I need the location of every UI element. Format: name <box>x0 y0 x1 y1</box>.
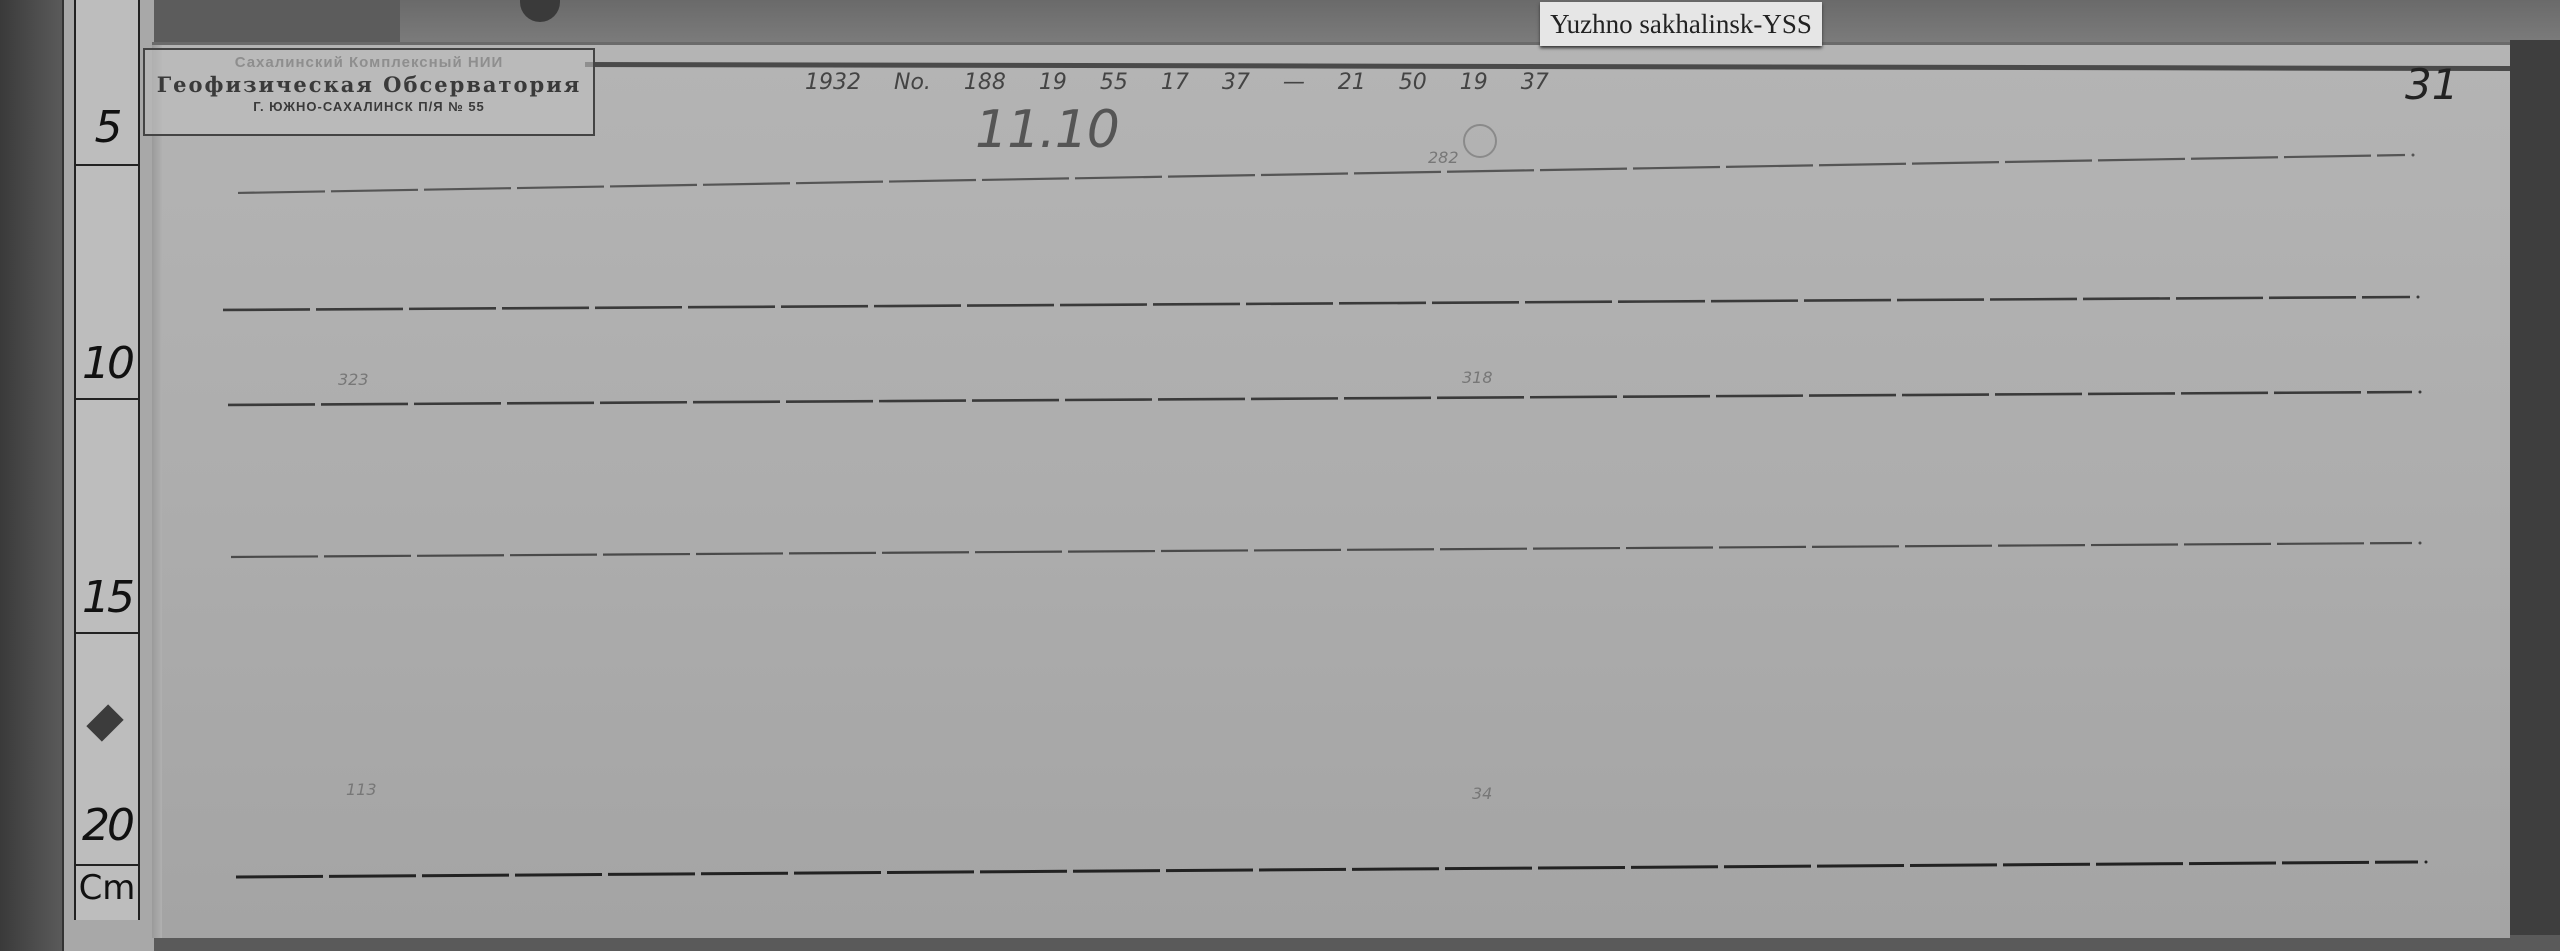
trace-4-segment <box>324 556 411 557</box>
trace-4-segment <box>1998 545 2085 546</box>
trace-1-segment <box>796 182 883 184</box>
trace-5-segment <box>1724 866 1811 867</box>
trace-3-segment <box>600 402 687 403</box>
trace-3-segment <box>2088 393 2175 394</box>
trace-3-segment <box>321 404 408 405</box>
trace-4-segment <box>1812 546 1899 547</box>
trace-5-segment <box>887 872 974 873</box>
trace-4-segment <box>1254 550 1341 551</box>
trace-4-segment <box>1161 550 1248 551</box>
trace-3-segment <box>972 400 1059 401</box>
trace-5-segment <box>1073 871 1160 872</box>
trace-5-segment <box>608 874 695 875</box>
trace-5-segment <box>515 874 602 875</box>
trace-5-segment <box>1445 868 1532 869</box>
trace-5-segment <box>2096 864 2183 865</box>
trace-3-segment <box>879 401 966 402</box>
trace-2-segment <box>409 308 496 309</box>
trace-3-segment <box>1158 399 1245 400</box>
trace-4-segment <box>1533 548 1620 549</box>
trace-5-segment <box>329 876 416 877</box>
trace-4-segment <box>1626 547 1713 548</box>
trace-4-segment <box>882 552 969 553</box>
trace-3-segment <box>1437 397 1524 398</box>
trace-5-segment <box>2003 864 2090 865</box>
trace-2-segment <box>781 306 868 307</box>
trace-2-segment <box>874 306 961 307</box>
trace-4-segment <box>1719 547 1806 548</box>
trace-3-segment <box>228 404 315 405</box>
trace-1-segment <box>1726 165 1813 167</box>
trace-2-segment <box>1153 304 1240 305</box>
trace-1-segment <box>2098 159 2185 161</box>
trace-4-segment <box>603 554 690 555</box>
trace-1-segment <box>1354 172 1441 174</box>
trace-3-segment <box>507 403 594 404</box>
trace-1-segment <box>889 180 976 182</box>
trace-1-segment <box>1261 174 1348 176</box>
trace-2-segment <box>1990 299 2077 300</box>
trace-1-segment <box>1075 177 1162 179</box>
trace-5-segment <box>980 871 1067 872</box>
trace-5-segment <box>1538 867 1625 868</box>
trace-4-segment <box>1905 546 1992 547</box>
seismogram-traces <box>0 0 2560 951</box>
trace-3-segment <box>414 403 501 404</box>
trace-3-segment <box>693 402 780 403</box>
trace-5-segment <box>701 873 788 874</box>
trace-2-segment <box>1060 304 1147 305</box>
trace-3-segment <box>1623 396 1710 397</box>
trace-2-segment <box>595 307 682 308</box>
trace-1-segment <box>517 187 604 189</box>
trace-3-segment <box>1716 396 1803 397</box>
trace-1-segment <box>424 188 511 190</box>
trace-1-segment <box>1168 175 1255 177</box>
trace-5-segment <box>1910 865 1997 866</box>
trace-3-segment <box>2181 393 2268 394</box>
trace-4-segment <box>2277 543 2364 544</box>
trace-1-segment <box>2191 157 2278 159</box>
trace-1-segment <box>610 185 697 187</box>
trace-3-segment <box>1065 399 1152 400</box>
trace-2-segment <box>2269 297 2356 298</box>
trace-4-segment <box>2091 545 2178 546</box>
trace-2-segment <box>223 309 310 310</box>
trace-5-segment <box>1352 869 1439 870</box>
trace-5-segment <box>236 876 323 877</box>
trace-1-segment <box>1447 170 1534 172</box>
trace-4-segment <box>975 552 1062 553</box>
trace-2-segment <box>1804 300 1891 301</box>
trace-1-segment <box>703 183 790 185</box>
trace-1-segment <box>331 190 418 192</box>
trace-1-segment <box>2005 160 2092 162</box>
trace-5-segment <box>1631 867 1718 868</box>
trace-2-segment <box>316 309 403 310</box>
trace-5-segment <box>794 873 881 874</box>
trace-1-segment <box>1912 162 1999 164</box>
trace-3-segment <box>1995 394 2082 395</box>
trace-5-segment <box>1817 866 1904 867</box>
trace-3-segment <box>1251 398 1338 399</box>
trace-2-segment <box>1339 303 1426 304</box>
trace-3-segment <box>1809 395 1896 396</box>
trace-1-segment <box>2284 156 2371 158</box>
trace-5-segment <box>422 875 509 876</box>
trace-4-segment <box>2184 544 2271 545</box>
trace-4-segment <box>510 555 597 556</box>
trace-3-segment <box>1344 398 1431 399</box>
trace-2-segment <box>1246 303 1333 304</box>
trace-4-segment <box>1068 551 1155 552</box>
trace-4-segment <box>696 553 783 554</box>
trace-2-segment <box>688 307 775 308</box>
trace-4-segment <box>417 555 504 556</box>
trace-4-segment <box>1347 549 1434 550</box>
trace-1-segment <box>1540 169 1627 171</box>
trace-4-segment <box>789 553 876 554</box>
trace-2-segment <box>1432 302 1519 303</box>
trace-4-segment <box>1440 549 1527 550</box>
trace-2-segment <box>2176 298 2263 299</box>
trace-2-segment <box>502 308 589 309</box>
trace-1-segment <box>982 178 1069 180</box>
trace-5-segment <box>1259 869 1346 870</box>
trace-2-segment <box>1525 302 1612 303</box>
trace-3-segment <box>2274 392 2361 393</box>
trace-2-segment <box>1711 301 1798 302</box>
trace-5-segment <box>2282 862 2369 863</box>
trace-1-segment <box>1819 164 1906 166</box>
trace-2-segment <box>1618 301 1705 302</box>
trace-3-segment <box>1530 397 1617 398</box>
trace-3-segment <box>1902 395 1989 396</box>
trace-1-segment <box>1633 167 1720 169</box>
trace-2-segment <box>1897 300 1984 301</box>
trace-2-segment <box>967 305 1054 306</box>
trace-5-segment <box>1166 870 1253 871</box>
trace-1-segment <box>238 191 325 193</box>
trace-3-segment <box>786 401 873 402</box>
trace-5-segment <box>2189 863 2276 864</box>
trace-2-segment <box>2083 298 2170 299</box>
trace-4-segment <box>231 556 318 557</box>
